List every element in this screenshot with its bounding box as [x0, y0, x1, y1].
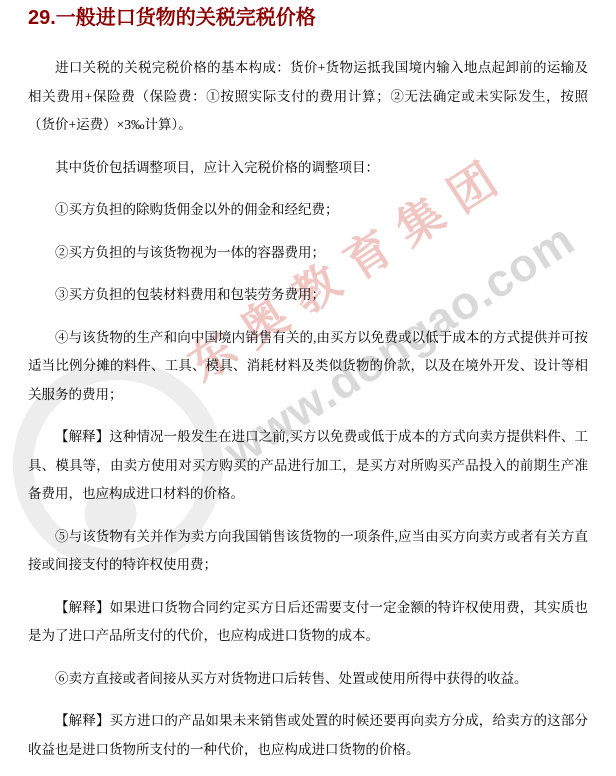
para-item-1-commission: ①买方负担的除购货佣金以外的佣金和经纪费； [28, 196, 588, 225]
para-item-6-proceeds: ⑥卖方直接或者间接从买方对货物进口后转售、处置或使用所得中获得的收益。 [28, 665, 588, 694]
para-item-2-container: ②买方负担的与该货物视为一体的容器费用； [28, 239, 588, 268]
para-basic-composition: 进口关税的关税完税价格的基本构成：货价+货物运抵我国境内输入地点起卸前的运输及相… [28, 54, 588, 140]
para-explain-item-4: 【解释】这种情况一般发生在进口之前,买方以免费或低于成本的方式向卖方提供料件、工… [28, 423, 588, 509]
para-item-5-royalty: ⑤与该货物有关并作为卖方向我国销售该货物的一项条件,应当由买方向卖方或者有关方直… [28, 523, 588, 580]
page-title: 29.一般进口货物的关税完税价格 [28, 6, 588, 30]
para-adjustment-intro: 其中货价包括调整项目，应计入完税价格的调整项目： [28, 154, 588, 183]
para-item-4-materials: ④与该货物的生产和向中国境内销售有关的,由买方以免费或以低于成本的方式提供并可按… [28, 324, 588, 410]
document-page: 29.一般进口货物的关税完税价格 进口关税的关税完税价格的基本构成：货价+货物运… [0, 0, 616, 764]
para-explain-item-5: 【解释】如果进口货物合同约定买方日后还需要支付一定金额的特许权使用费，其实质也是… [28, 594, 588, 651]
para-explain-item-6: 【解释】买方进口的产品如果未来销售或处置的时候还要再向卖方分成，给卖方的这部分收… [28, 707, 588, 764]
para-item-3-packing: ③买方负担的包装材料费用和包装劳务费用； [28, 281, 588, 310]
